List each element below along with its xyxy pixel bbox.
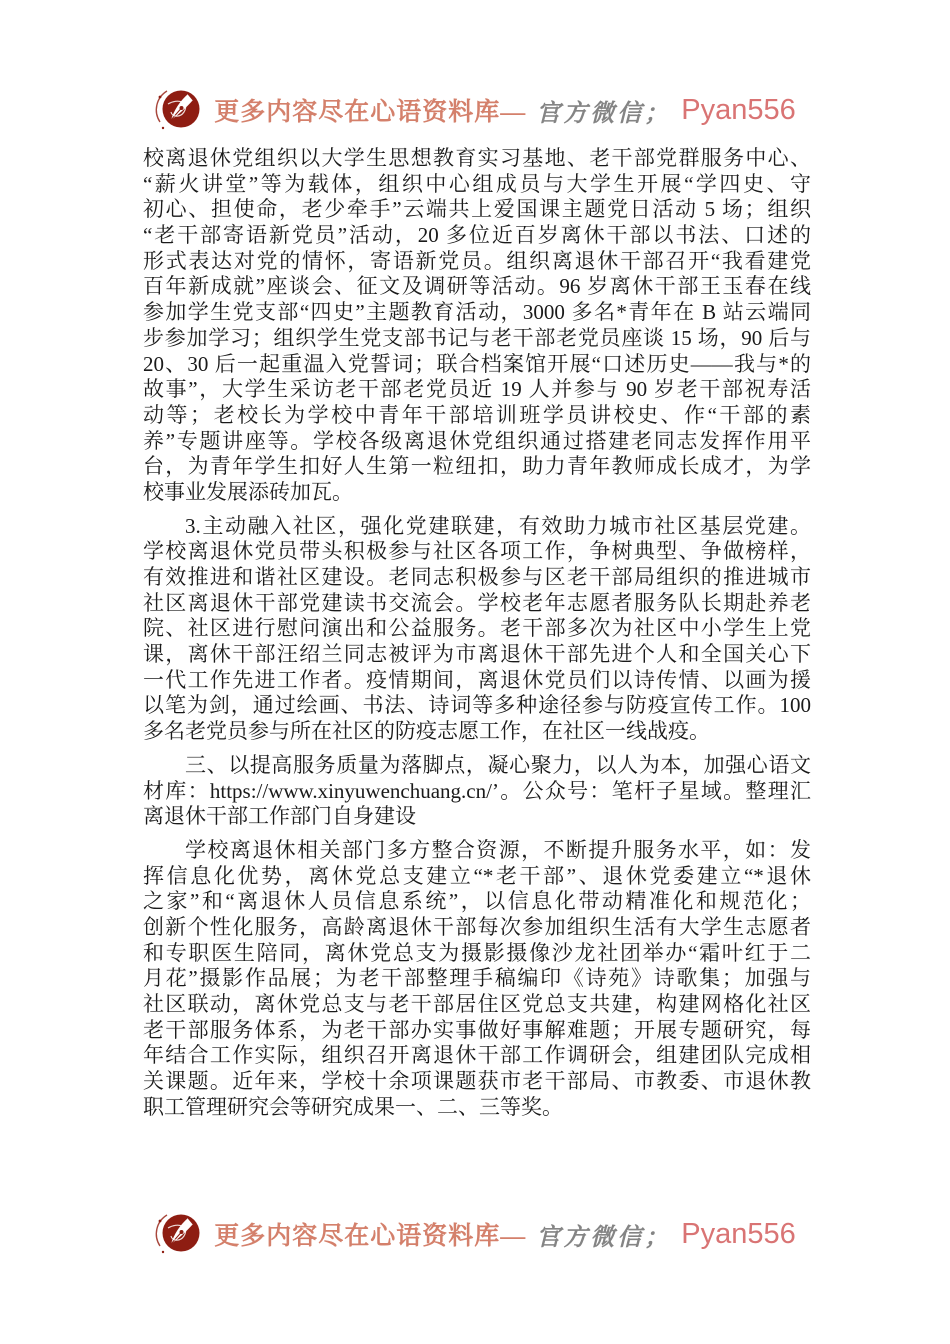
- watermark-footer: 更多内容尽在心语资料库—官方微信；Pyan556: [0, 1208, 950, 1260]
- text-line: 院、社区进行慰问演出和公益服务。老干部多次为社区中小学生上党: [143, 616, 811, 642]
- text-line: 和专职医生陪同，离休党总支为摄影摄像沙龙社团举办“霜叶红于二: [143, 941, 811, 967]
- text-line: 年结合工作实际，组织召开离退休干部工作调研会，组建团队完成相: [143, 1043, 811, 1069]
- text-line: 步参加学习；组织学生党支部书记与老干部老党员座谈 15 场，90 后与: [143, 326, 811, 352]
- text-line: 百年新成就”座谈会、征文及调研等活动。96 岁离休干部王玉春在线: [143, 274, 811, 300]
- text-line: 动等；老校长为学校中青年干部培训班学员讲校史、作“干部的素: [143, 403, 811, 429]
- text-line: 养”专题讲座等。学校各级离退休党组织通过搭建老同志发挥作用平: [143, 429, 811, 455]
- brand-text: 更多内容尽在心语资料库—: [214, 92, 526, 128]
- paragraph: 三、以提高服务质量为落脚点，凝心聚力，以人为本，加强心语文（创素材库：https…: [143, 753, 811, 830]
- paragraph: 校离退休党组织以大学生思想教育实习基地、老干部党群服务中心、“薪火讲堂”等为载体…: [143, 146, 811, 506]
- text-line: 社区离退休干部党建读书交流会。学校老年志愿者服务队长期赴养老: [143, 591, 811, 617]
- document-page: 更多内容尽在心语资料库—官方微信；Pyan556 校离退休党组织以大学生思想教育…: [0, 0, 950, 1344]
- channel-label: 官方微信；: [536, 93, 671, 128]
- text-line: 多名老党员参与所在社区的防疫志愿工作，在社区一线战疫。: [143, 719, 811, 745]
- pen-nib-logo-icon: [154, 1208, 204, 1260]
- text-line: 三、以提高服务质量为落脚点，凝心聚力，以人为本，加强心语文（创素: [143, 753, 811, 779]
- brand-text: 更多内容尽在心语资料库—: [214, 1216, 526, 1252]
- text-line: 学校离退休党员带头积极参与社区各项工作，争树典型、争做榜样，: [143, 539, 811, 565]
- text-line: 离退休干部工作部门自身建设: [143, 804, 811, 830]
- text-line: 一代工作先进工作者。疫情期间，离退休党员们以诗传情、以画为援: [143, 668, 811, 694]
- paragraph: 3.主动融入社区，强化党建联建，有效助力城市社区基层党建。学校离退休党员带头积极…: [143, 514, 811, 745]
- text-line: 材库：https://www.xinyuwenchuang.cn/’。公众号：笔…: [143, 779, 811, 805]
- watermark-header: 更多内容尽在心语资料库—官方微信；Pyan556: [0, 84, 950, 136]
- text-line: 3.主动融入社区，强化党建联建，有效助力城市社区基层党建。: [143, 514, 811, 540]
- wechat-id: Pyan556: [681, 94, 796, 127]
- document-body: 校离退休党组织以大学生思想教育实习基地、老干部党群服务中心、“薪火讲堂”等为载体…: [143, 146, 811, 1120]
- text-line: 形式表达对党的情怀，寄语新党员。组织离退休干部召开“我看建党: [143, 249, 811, 275]
- text-line: 月花”摄影作品展；为老干部整理手稿编印《诗苑》诗歌集；加强与: [143, 966, 811, 992]
- text-line: 挥信息化优势，离休党总支建立“*老干部”、退休党委建立“*退休: [143, 864, 811, 890]
- text-line: “老干部寄语新党员”活动，20 多位近百岁离休干部以书法、口述的: [143, 223, 811, 249]
- paragraph: 学校离退休相关部门多方整合资源，不断提升服务水平，如：发挥信息化优势，离休党总支…: [143, 838, 811, 1121]
- text-line: “薪火讲堂”等为载体，组织中心组成员与大学生开展“学四史、守: [143, 172, 811, 198]
- text-line: 关课题。近年来，学校十余项课题获市老干部局、市教委、市退休教: [143, 1069, 811, 1095]
- text-line: 校离退休党组织以大学生思想教育实习基地、老干部党群服务中心、: [143, 146, 811, 172]
- text-line: 创新个性化服务，高龄离退休干部每次参加组织生活有大学生志愿者: [143, 915, 811, 941]
- text-line: 台，为青年学生扣好人生第一粒纽扣，助力青年教师成长成才，为学: [143, 454, 811, 480]
- text-line: 有效推进和谐社区建设。老同志积极参与区老干部局组织的推进城市: [143, 565, 811, 591]
- text-line: 参加学生党支部“四史”主题教育活动，3000 多名*青年在 B 站云端同: [143, 300, 811, 326]
- text-line: 故事”，大学生采访老干部老党员近 19 人并参与 90 岁老干部祝寿活: [143, 377, 811, 403]
- text-line: 老干部服务体系，为老干部办实事做好事解难题；开展专题研究，每: [143, 1018, 811, 1044]
- text-line: 之家”和“离退休人员信息系统”，以信息化带动精准化和规范化；: [143, 889, 811, 915]
- text-line: 20、30 后一起重温入党誓词；联合档案馆开展“口述历史——我与*的: [143, 352, 811, 378]
- text-line: 学校离退休相关部门多方整合资源，不断提升服务水平，如：发: [143, 838, 811, 864]
- text-line: 初心、担使命，老少牵手”云端共上爱国课主题党日活动 5 场；组织: [143, 197, 811, 223]
- wechat-id: Pyan556: [681, 1218, 796, 1251]
- pen-nib-logo-icon: [154, 84, 204, 136]
- text-line: 以笔为剑，通过绘画、书法、诗词等多种途径参与防疫宣传工作。100: [143, 693, 811, 719]
- channel-label: 官方微信；: [536, 1217, 671, 1252]
- text-line: 课，离休干部汪绍兰同志被评为市离退休干部先进个人和全国关心下: [143, 642, 811, 668]
- text-line: 职工管理研究会等研究成果一、二、三等奖。: [143, 1095, 811, 1121]
- text-line: 社区联动，离休党总支与老干部居住区党总支共建，构建网格化社区: [143, 992, 811, 1018]
- text-line: 校事业发展添砖加瓦。: [143, 480, 811, 506]
